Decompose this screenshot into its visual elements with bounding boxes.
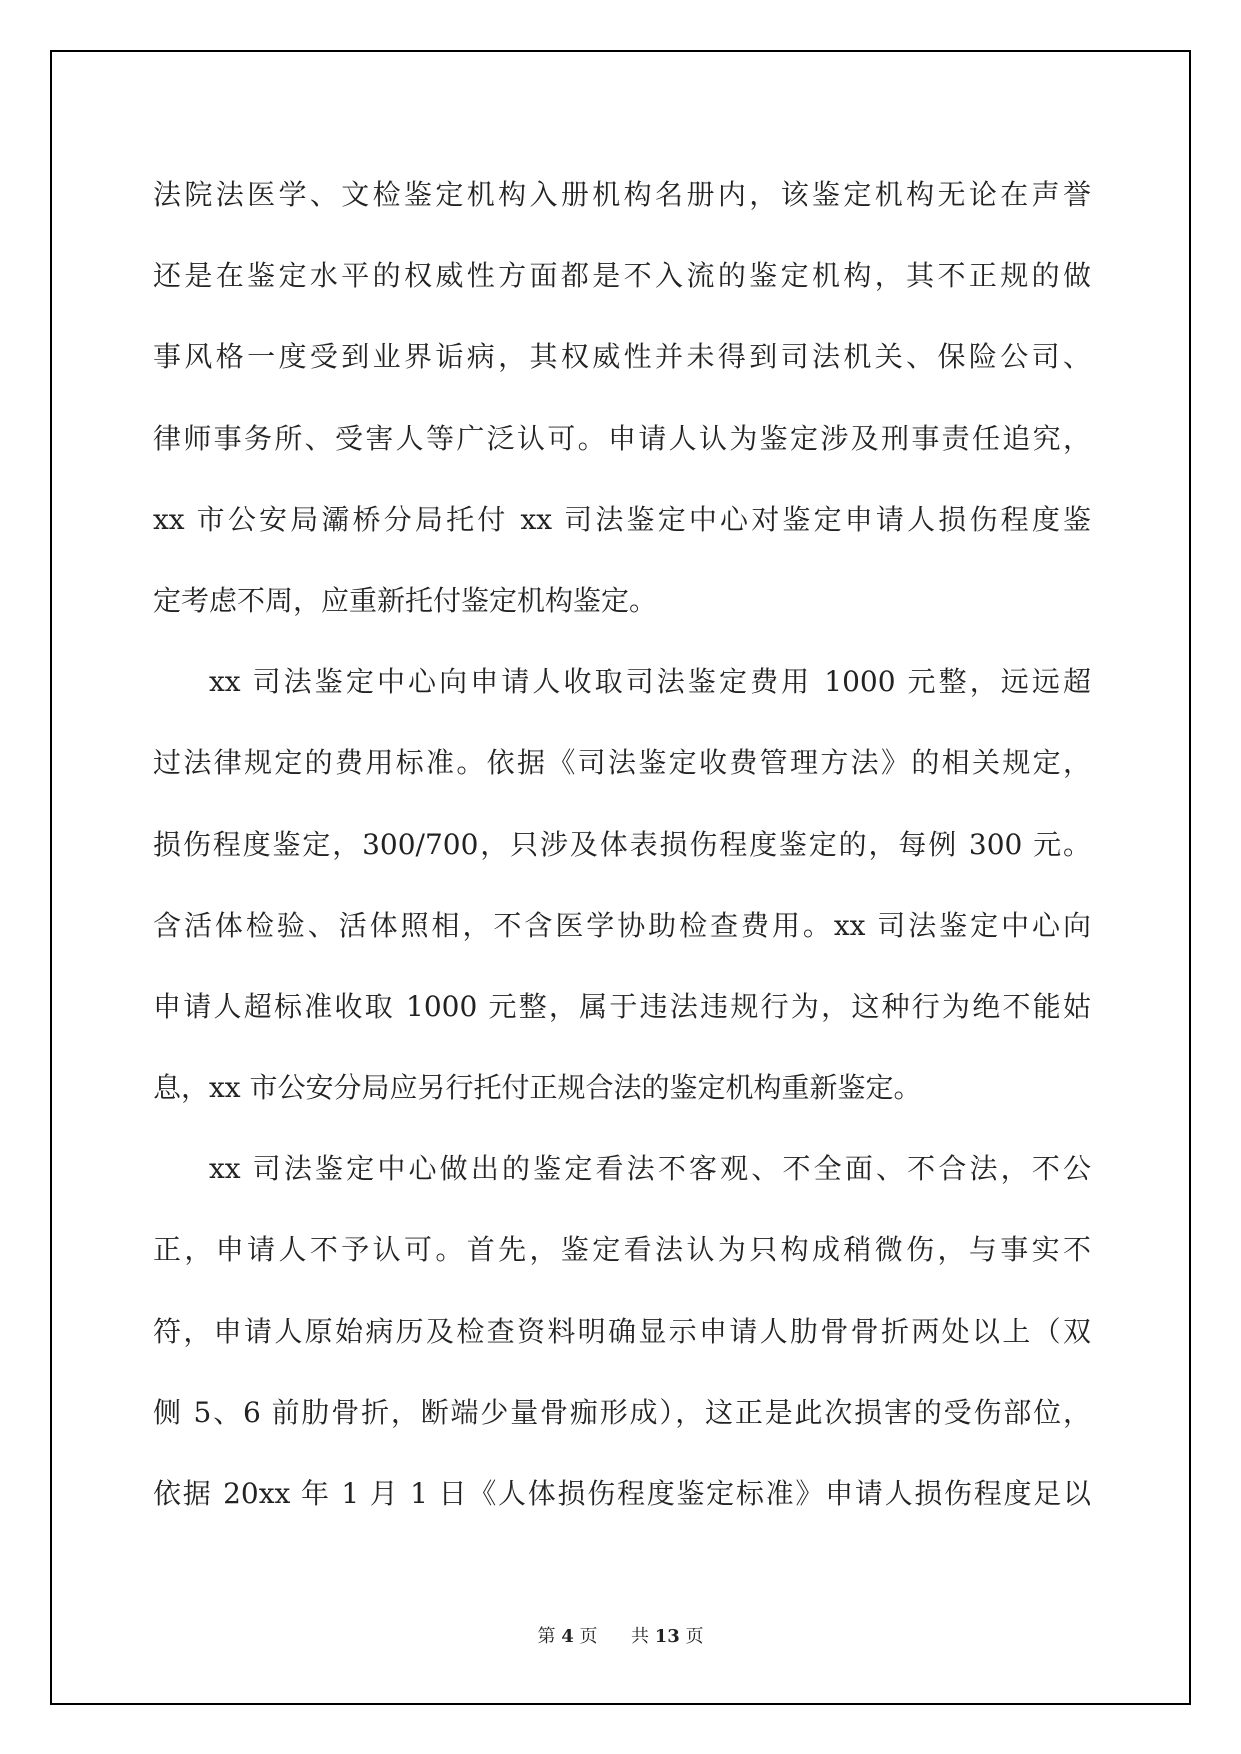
text-line-17: 依据 20xx 年 1 月 1 日《人体损伤程度鉴定标准》申请人损伤程度足以 xyxy=(153,1467,1091,1548)
text-line-14: 正，申请人不予认可。首先，鉴定看法认为只构成稍微伤，与事实不 xyxy=(153,1223,1091,1304)
text-line-3: 事风格一度受到业界诟病，其权威性并未得到司法机关、保险公司、 xyxy=(153,330,1091,411)
current-page-number: 4 xyxy=(561,1626,574,1647)
page-prefix: 第 xyxy=(538,1626,556,1647)
page-suffix: 页 xyxy=(580,1626,598,1647)
text-line-10: 含活体检验、活体照相，不含医学协助检查费用。xx 司法鉴定中心向 xyxy=(153,899,1091,980)
text-line-9: 损伤程度鉴定，300/700，只涉及体表损伤程度鉴定的，每例 300 元。 xyxy=(153,818,1091,899)
text-line-8: 过法律规定的费用标准。依据《司法鉴定收费管理方法》的相关规定， xyxy=(153,736,1091,817)
total-pages-number: 13 xyxy=(655,1626,680,1647)
text-line-4: 律师事务所、受害人等广泛认可。申请人认为鉴定涉及刑事责任追究， xyxy=(153,412,1091,493)
text-line-1: 法院法医学、文检鉴定机构入册机构名册内，该鉴定机构无论在声誉 xyxy=(153,168,1091,249)
text-line-6: 定考虑不周，应重新托付鉴定机构鉴定。 xyxy=(153,574,1091,655)
text-line-12: 息，xx 市公安分局应另行托付正规合法的鉴定机构重新鉴定。 xyxy=(153,1061,1091,1142)
document-body: 法院法医学、文检鉴定机构入册机构名册内，该鉴定机构无论在声誉 还是在鉴定水平的权… xyxy=(153,168,1091,1548)
text-line-16: 侧 5、6 前肋骨折，断端少量骨痂形成），这正是此次损害的受伤部位， xyxy=(153,1386,1091,1467)
total-prefix: 共 xyxy=(631,1626,649,1647)
text-line-7: xx 司法鉴定中心向申请人收取司法鉴定费用 1000 元整，远远超 xyxy=(153,655,1091,736)
text-line-13: xx 司法鉴定中心做出的鉴定看法不客观、不全面、不合法，不公 xyxy=(153,1142,1091,1223)
total-suffix: 页 xyxy=(686,1626,704,1647)
text-line-5: xx 市公安局灞桥分局托付 xx 司法鉴定中心对鉴定申请人损伤程度鉴 xyxy=(153,493,1091,574)
text-line-15: 符，申请人原始病历及检查资料明确显示申请人肋骨骨折两处以上（双 xyxy=(153,1305,1091,1386)
page-footer: 第 4 页 共 13 页 xyxy=(0,1622,1241,1648)
text-line-11: 申请人超标准收取 1000 元整，属于违法违规行为，这种行为绝不能姑 xyxy=(153,980,1091,1061)
text-line-2: 还是在鉴定水平的权威性方面都是不入流的鉴定机构，其不正规的做 xyxy=(153,249,1091,330)
